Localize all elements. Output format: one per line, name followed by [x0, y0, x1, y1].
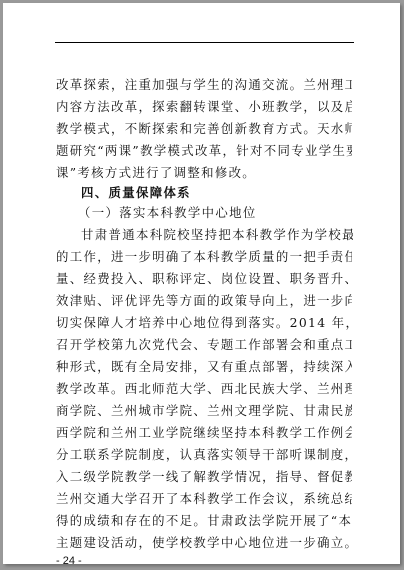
section-heading: 四、质量保障体系 — [81, 185, 377, 201]
body-text-line: 题研究“两课”教学模式改革，针对不同专业学生要求，对“两 — [56, 143, 352, 159]
body-text-line: 商学院、兰州城市学院、兰州文理学院、甘肃民族师范学院、河 — [56, 403, 352, 419]
body-text-line: 西学院和兰州工业学院继续坚持本科教学工作例会制度，校领导 — [56, 425, 352, 441]
body-text-line: 切实保障人才培养中心地位得到落实。2014 年，兰州大学通过 — [56, 315, 352, 331]
body-text-line: 甘肃普通本科院校坚持把本科教学作为学校最基础、最根本 — [81, 227, 353, 243]
body-text-line: 内容方法改革，探索翻转课堂、小班教学，以及启发式、讨论式 — [56, 99, 352, 115]
body-text-line: 兰州交通大学召开了本科教学工作会议，系统总结了近两年来取 — [56, 491, 352, 507]
body-text-line: 分工联系学院制度，认真落实领导干部听课制度，校领导定期深 — [56, 447, 352, 463]
body-text-line: 主题建设活动，使学校教学中心地位进一步确立。 — [56, 535, 352, 551]
body-text-line: 得的成绩和存在的不足。甘肃政法学院开展了“本科专业自评” — [56, 513, 352, 529]
body-text-line: 效津贴、评优评先等方面的政策导向上，进一步向教学工作倾斜， — [56, 293, 352, 309]
body-text-line: 课”考核方式进行了调整和修改。 — [56, 165, 352, 181]
subsection-heading: （一）落实本科教学中心地位 — [78, 205, 374, 221]
header-rule — [55, 42, 354, 43]
body-text-line: 召开学校第九次党代会、专题工作部署会和重点工作推进会等多 — [56, 337, 352, 353]
body-text-line: 入二级学院教学一线了解教学情况，指导、督促教学日常工作。 — [56, 469, 352, 485]
body-text-line: 教学改革。西北师范大学、西北民族大学、兰州理工大学、兰州 — [56, 381, 352, 397]
document-page: 改革探索，注重加强与学生的沟通交流。兰州理工大学深化教学 内容方法改革，探索翻转… — [3, 3, 400, 564]
body-text-line: 量、经费投入、职称评定、岗位设置、职务晋升、住房分配、绩 — [56, 271, 352, 287]
body-text-line: 的工作，进一步明确了本科教学质量的一把手责任制，在领导力 — [56, 249, 352, 265]
page-number: - 24 - — [56, 555, 82, 567]
body-text-line: 教学模式，不断探索和完善创新教育方式。天水师范学院组织专 — [56, 121, 352, 137]
body-text-line: 改革探索，注重加强与学生的沟通交流。兰州理工大学深化教学 — [56, 77, 352, 93]
body-text-line: 种形式，既有全局安排，又有重点部署，持续深入推进本科教育 — [56, 359, 352, 375]
